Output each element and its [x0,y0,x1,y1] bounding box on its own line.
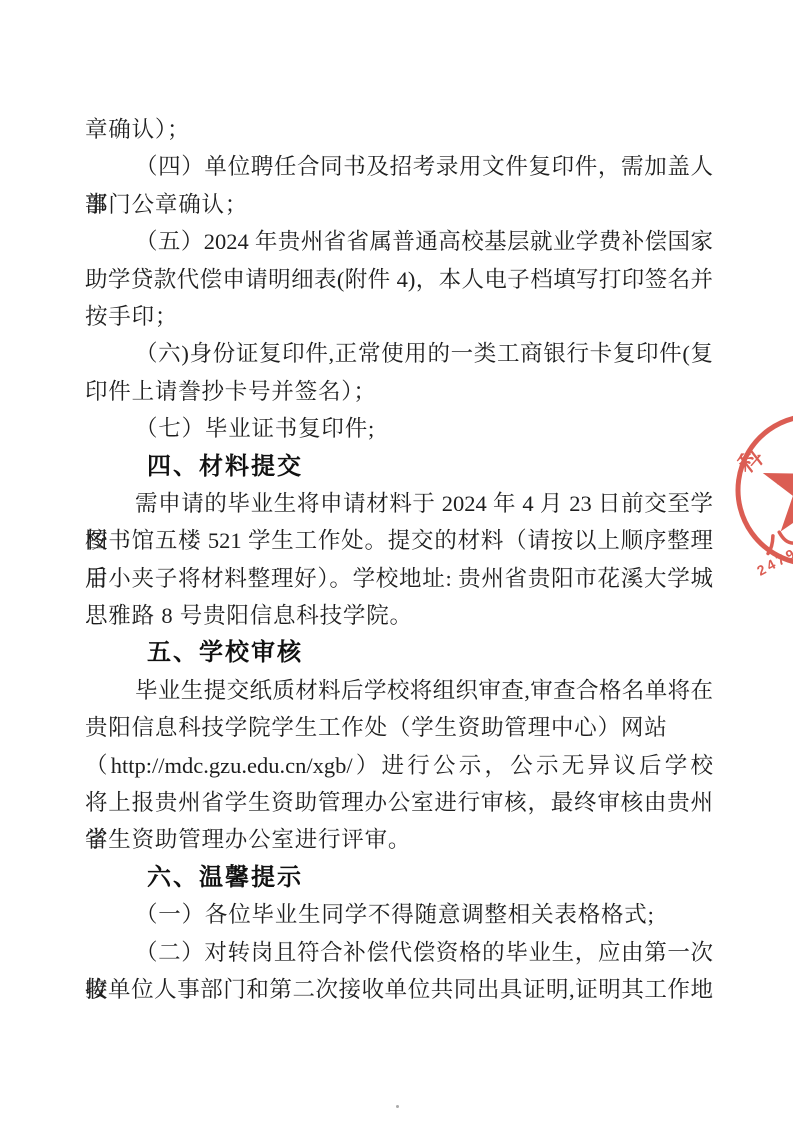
seal-serial-number: 2479 [754,544,793,578]
text-line: 章确认）； [85,111,713,148]
seal-character: 科 [734,444,768,478]
scan-dot-artifact [396,1105,399,1108]
text-line: 收单位人事部门和第二次接收单位共同出具证明,证明其工作地 [85,971,713,1008]
text-column: 章确认）； （四）单位聘任合同书及招考录用文件复印件，需加盖人事 部门公章确认；… [85,111,713,1008]
text-line: 助学贷款代偿申请明细表(附件 4)，本人电子档填写打印签名并 [85,261,713,298]
text-line: 将上报贵州省学生资助管理办公室进行审核，最终审核由贵州省 [85,784,713,821]
text-line: 按手印； [85,298,713,335]
text-line: （七）毕业证书复印件; [85,410,713,447]
text-line: 用小夹子将材料整理好）。学校地址: 贵州省贵阳市花溪大学城 [85,560,713,597]
text-line: 学生资助管理办公室进行评审。 [85,821,713,858]
text-line: 图书馆五楼 521 学生工作处。提交的材料（请按以上顺序整理后 [85,522,713,559]
text-line: 思雅路 8 号贵阳信息科技学院。 [85,597,713,634]
text-line: （四）单位聘任合同书及招考录用文件复印件，需加盖人事 [85,148,713,185]
heading-school-review: 五、学校审核 [85,634,713,671]
star-icon [762,437,793,533]
text-line: （二）对转岗且符合补偿代偿资格的毕业生，应由第一次接 [85,934,713,971]
document-url-line: （http://mdc.gzu.edu.cn/xgb/）进行公示，公示无异议后学… [85,747,713,784]
text-line: （五）2024 年贵州省省属普通高校基层就业学费补偿国家 [85,223,713,260]
seal-ring-icon [733,400,793,579]
text-line: （一）各位毕业生同学不得随意调整相关表格格式; [85,896,713,933]
heading-tips: 六、温馨提示 [85,859,713,896]
text-line: 贵阳信息科技学院学生工作处（学生资助管理中心）网站 [85,709,713,746]
text-line: 部门公章确认； [85,186,713,223]
heading-material-submission: 四、材料提交 [85,448,713,485]
text-line: 需申请的毕业生将申请材料于 2024 年 4 月 23 日前交至学校 [85,485,713,522]
official-seal-stamp: 科 2479 [733,393,793,583]
seal-stroke-fragment [764,530,793,554]
seal-tick-fragment [774,475,778,483]
text-line: 毕业生提交纸质材料后学校将组织审查,审查合格名单将在 [85,672,713,709]
text-line: （六)身份证复印件,正常使用的一类工商银行卡复印件(复 [85,335,713,372]
document-page: 章确认）； （四）单位聘任合同书及招考录用文件复印件，需加盖人事 部门公章确认；… [0,0,793,1122]
text-line: 印件上请誊抄卡号并签名）； [85,373,713,410]
